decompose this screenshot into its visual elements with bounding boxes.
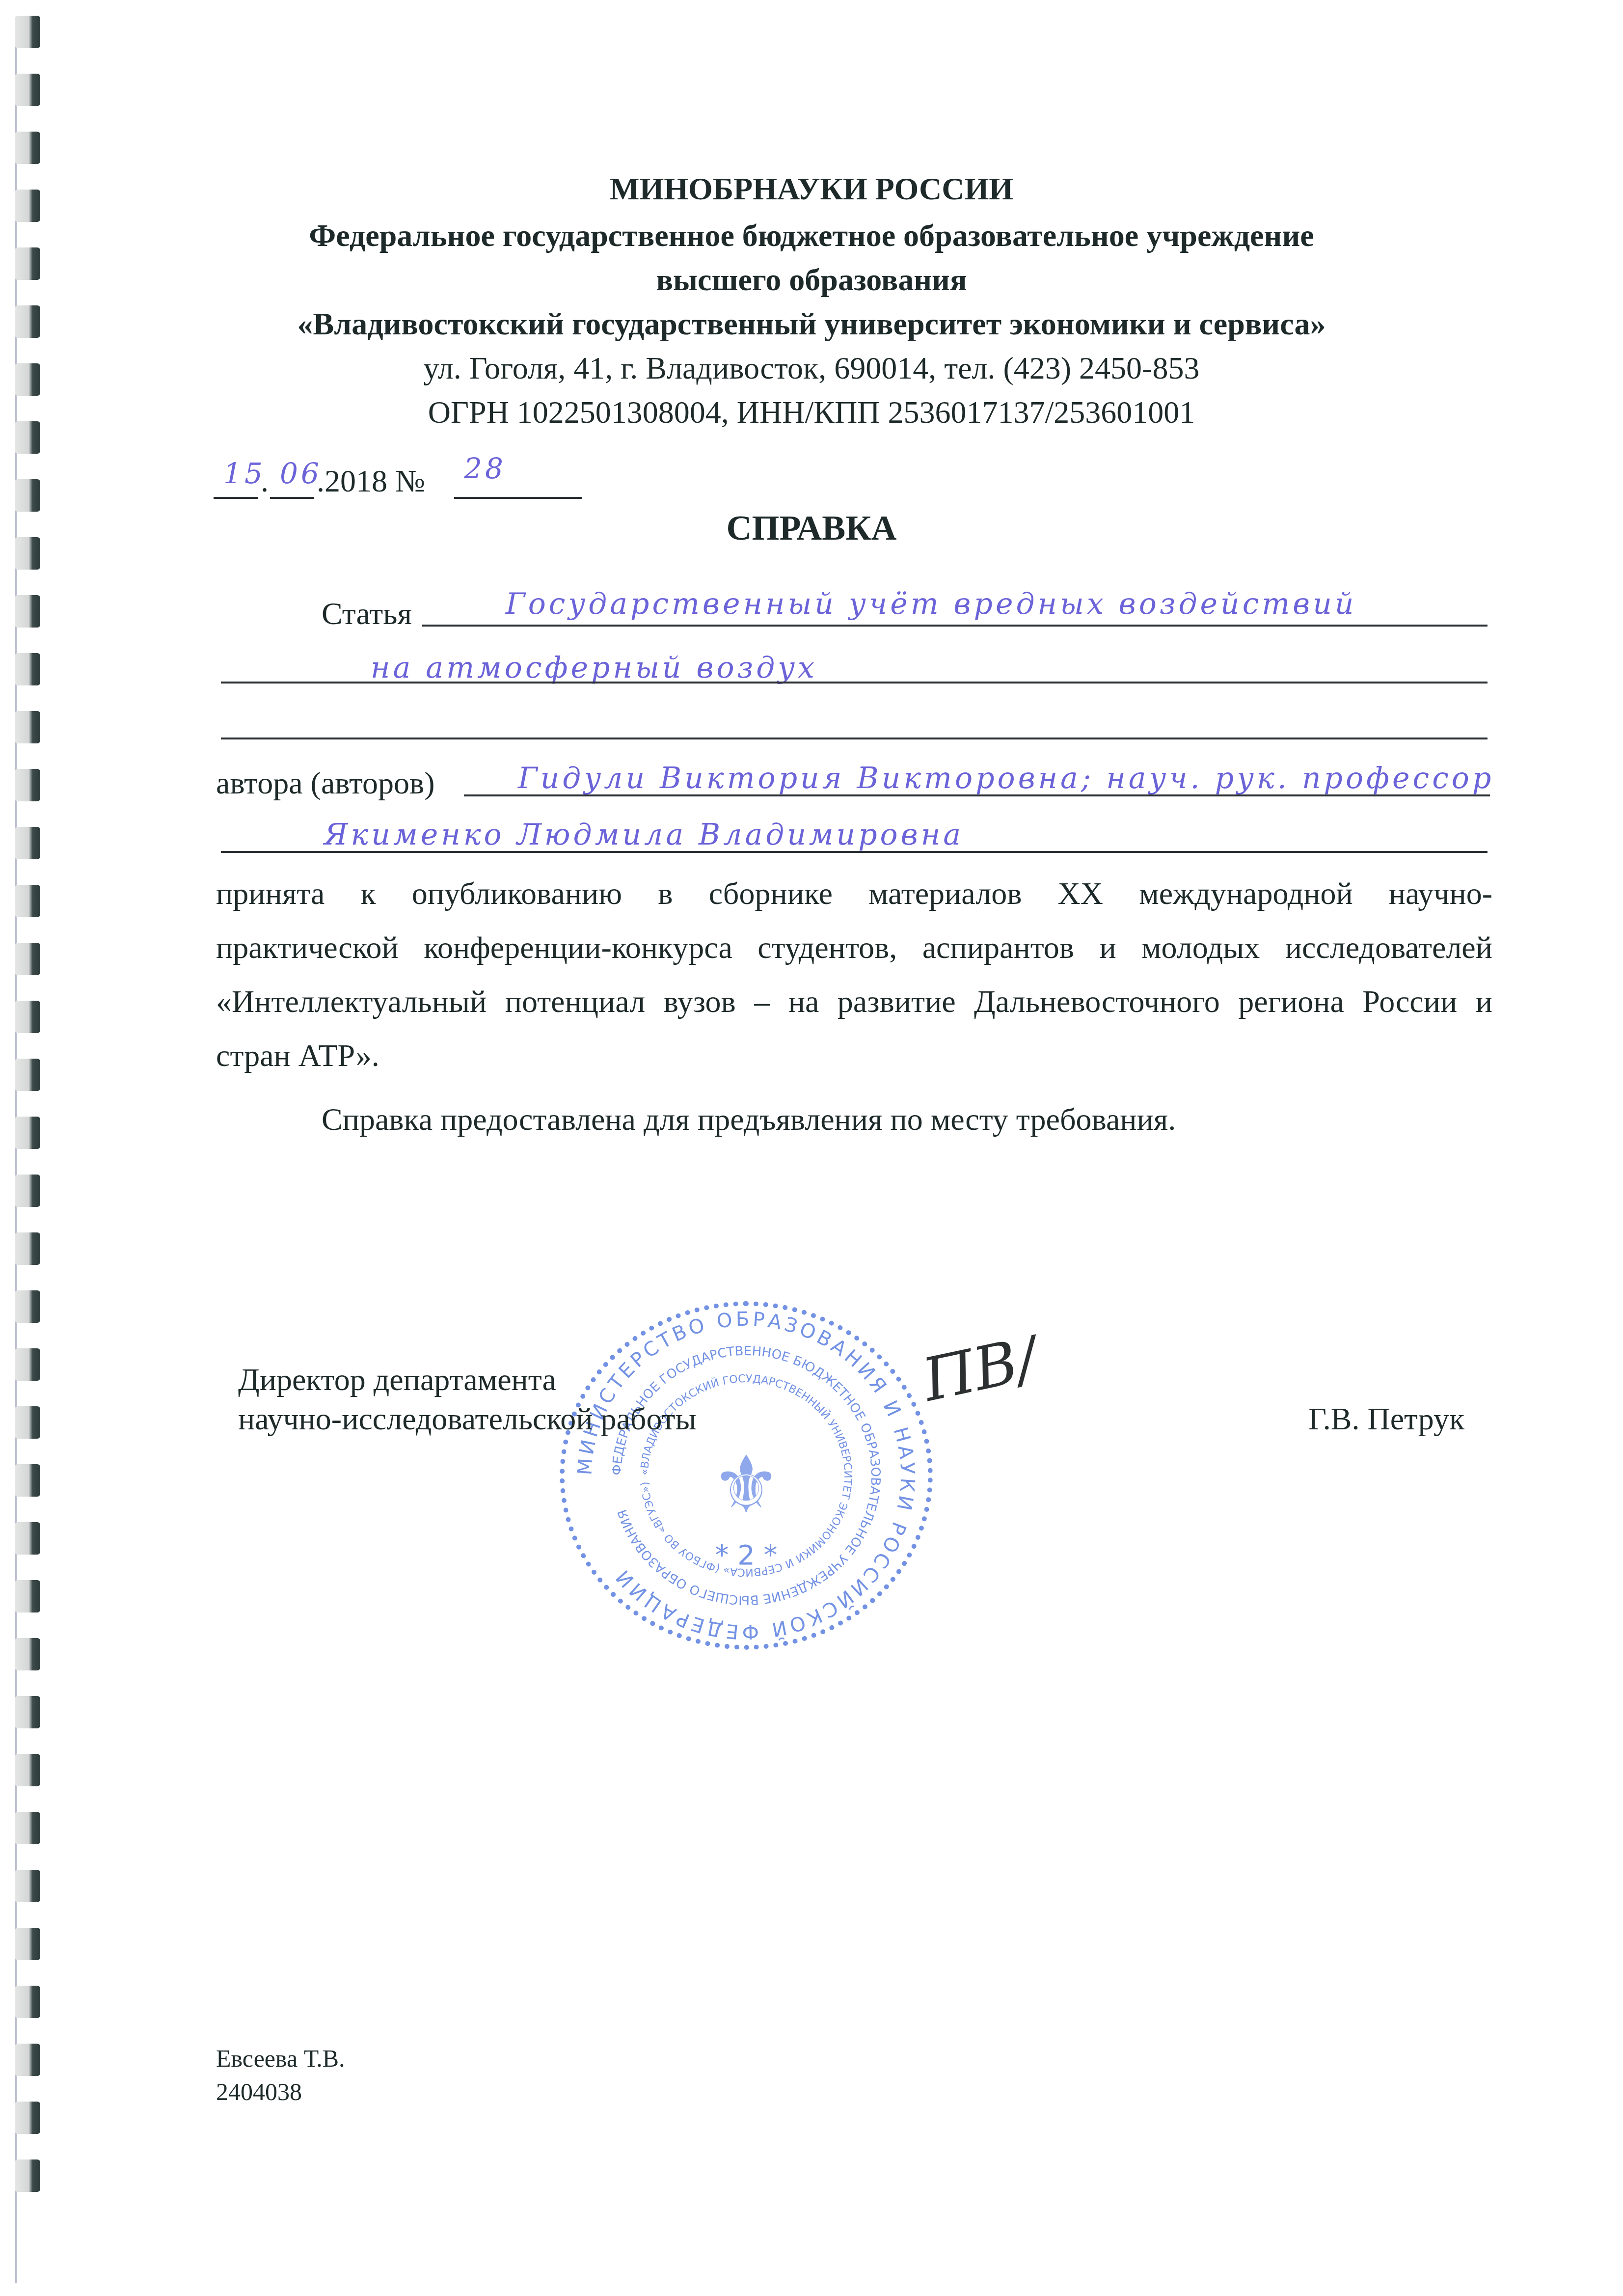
authors-underline-1 — [464, 794, 1490, 796]
article-underline-1 — [422, 625, 1488, 627]
ministry-heading: МИНОБРНАУКИ РОССИИ — [0, 169, 1623, 209]
binding-ring — [15, 1870, 40, 1902]
binding-ring — [15, 1348, 40, 1381]
date-separator: . — [261, 462, 269, 501]
university-name: «Владивостокский государственный универс… — [0, 304, 1623, 344]
binding-ring — [15, 711, 40, 743]
handwritten-signature: ПВ/ — [917, 1324, 1043, 1415]
binding-ring — [15, 1117, 40, 1149]
binding-ring — [15, 16, 40, 48]
article-label: Статья — [322, 594, 412, 633]
executor-phone: 2404038 — [216, 2076, 302, 2107]
body-line-3: «Интеллектуальный потенциал вузов – на р… — [216, 982, 1492, 1021]
binding-ring — [15, 1812, 40, 1844]
article-underline-2 — [221, 682, 1488, 683]
body-note: Справка предоставлена для предъявления п… — [322, 1100, 1176, 1139]
signatory-position-line-1: Директор департамента — [238, 1360, 556, 1399]
binding-ring — [15, 1175, 40, 1207]
date-day-underline — [214, 497, 258, 499]
document-number-underline — [454, 497, 582, 499]
binding-ring — [15, 1986, 40, 2018]
authors-line-1: Гидули Виктория Викторовна; науч. рук. п… — [518, 761, 1494, 795]
binding-ring — [15, 2044, 40, 2076]
document-title: СПРАВКА — [0, 506, 1623, 550]
binding-ring — [15, 885, 40, 917]
university-address: ул. Гоголя, 41, г. Владивосток, 690014, … — [0, 349, 1623, 388]
article-underline-3 — [221, 738, 1488, 739]
binding-ring — [15, 1406, 40, 1439]
double-headed-eagle-icon: ⚜ — [565, 1439, 928, 1531]
body-line-1: принята к опубликованию в сборнике матер… — [216, 874, 1492, 913]
binding-ring — [15, 653, 40, 685]
binding-ring — [15, 1059, 40, 1091]
article-title-line-1: Государственный учёт вредных воздействий — [506, 587, 1356, 621]
authors-line-2: Якименко Людмила Владимировна — [324, 818, 964, 852]
binding-ring — [15, 1001, 40, 1033]
binding-ring — [15, 1464, 40, 1497]
binding-ring — [15, 943, 40, 975]
signatory-name: Г.В. Петрук — [1308, 1399, 1464, 1439]
binding-ring — [15, 2102, 40, 2134]
binding-ring — [15, 1580, 40, 1613]
binding-ring — [15, 1522, 40, 1555]
document-number: 28 — [464, 452, 506, 485]
article-title-line-2: на атмосферный воздух — [371, 651, 817, 685]
signatory-position-line-2: научно-исследовательской работы — [238, 1399, 697, 1439]
institution-line-1: Федеральное государственное бюджетное об… — [0, 216, 1623, 255]
binding-ring — [15, 1290, 40, 1323]
authors-underline-2 — [221, 851, 1488, 853]
body-line-2: практической конференции-конкурса студен… — [216, 928, 1492, 967]
binding-ring — [15, 595, 40, 628]
binding-ring — [15, 132, 40, 164]
official-stamp: МИНИСТЕРСТВО ОБРАЗОВАНИЯ И НАУКИ РОССИЙС… — [560, 1301, 933, 1650]
executor-name: Евсеева Т.В. — [216, 2043, 345, 2074]
binding-ring — [15, 1638, 40, 1670]
date-year-and-number-label: .2018 № — [317, 462, 425, 501]
date-number-line: 15 . 06 .2018 № 28 — [214, 462, 606, 501]
stamp-number: * 2 * — [565, 1539, 928, 1571]
date-day: 15 — [223, 457, 266, 490]
body-line-4: стран АТР». — [216, 1036, 379, 1075]
binding-ring — [15, 74, 40, 106]
institution-line-2: высшего образования — [0, 260, 1623, 300]
binding-ring — [15, 1696, 40, 1728]
binding-ring — [15, 1754, 40, 1786]
university-registration: ОГРН 1022501308004, ИНН/КПП 2536017137/2… — [0, 393, 1623, 432]
binding-ring — [15, 1928, 40, 1960]
binding-ring — [15, 1232, 40, 1265]
authors-label: автора (авторов) — [216, 764, 435, 803]
date-month-underline — [270, 497, 314, 499]
binding-ring — [15, 827, 40, 859]
binding-ring — [15, 2159, 40, 2192]
date-month: 06 — [280, 457, 322, 490]
binding-ring — [15, 769, 40, 801]
